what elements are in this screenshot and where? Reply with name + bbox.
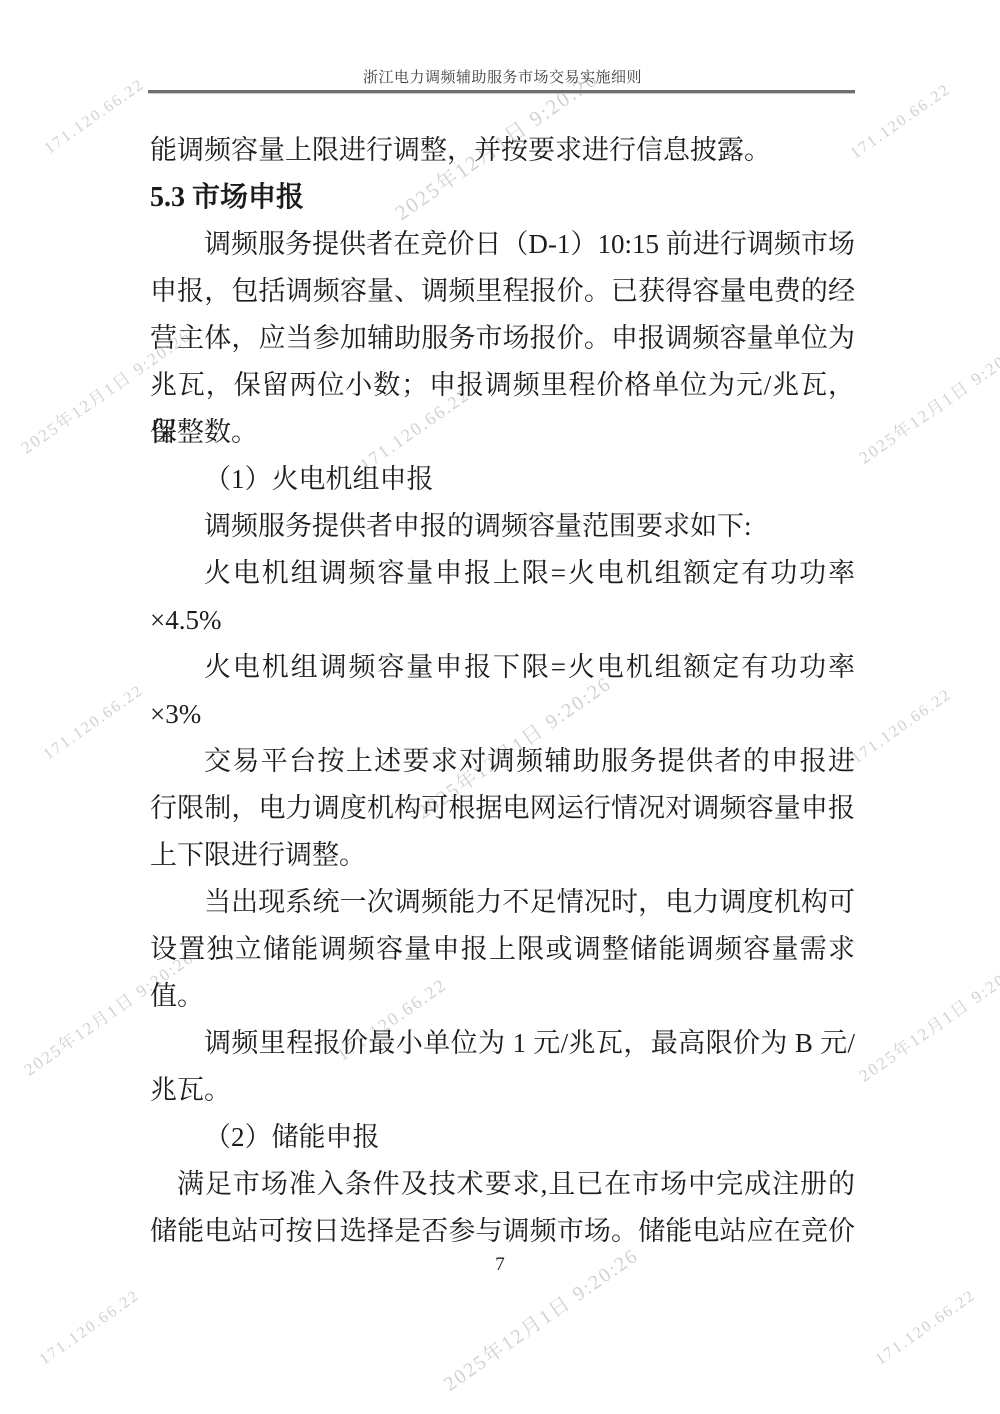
text-line: 留整数。 [150, 409, 855, 456]
text-line: 兆瓦。 [150, 1067, 855, 1114]
text-line: ×4.5% [150, 597, 855, 644]
text-line: 当出现系统一次调频能力不足情况时，电力调度机构可 [150, 879, 855, 926]
text-line: 火电机组调频容量申报上限=火电机组额定有功功率 [150, 550, 855, 597]
text-line: ×3% [150, 691, 855, 738]
text-line: 调频服务提供者在竞价日（D-1）10:15 前进行调频市场 [150, 221, 855, 268]
text-line: 设置独立储能调频容量申报上限或调整储能调频容量需求 [150, 926, 855, 973]
text-line: 储能电站可按日选择是否参与调频市场。储能电站应在竞价 [150, 1208, 855, 1255]
text-line: 调频里程报价最小单位为 1 元/兆瓦，最高限价为 B 元/ [150, 1020, 855, 1067]
text-line: 申报，包括调频容量、调频里程报价。已获得容量电费的经 [150, 268, 855, 315]
text-line: 交易平台按上述要求对调频辅助服务提供者的申报进 [150, 738, 855, 785]
watermark-ip-address: 171.120.66.22 [37, 1287, 144, 1369]
watermark-ip-address: 171.120.66.22 [849, 686, 956, 768]
watermark-ip-address: 171.120.66.22 [42, 76, 149, 158]
text-line: 火电机组调频容量申报下限=火电机组额定有功功率 [150, 644, 855, 691]
text-line: （1）火电机组申报 [150, 456, 855, 503]
document-body: 能调频容量上限进行调整，并按要求进行信息披露。5.3 市场申报调频服务提供者在竞… [150, 127, 855, 1255]
header-divider [148, 90, 855, 93]
text-line: 上下限进行调整。 [150, 832, 855, 879]
text-line: 兆瓦，保留两位小数；申报调频里程价格单位为元/兆瓦，保 [150, 362, 855, 409]
text-line: 值。 [150, 973, 855, 1020]
watermark-ip-address: 171.120.66.22 [873, 1287, 980, 1369]
watermark-ip-address: 171.120.66.22 [848, 81, 955, 163]
text-line: 调频服务提供者申报的调频容量范围要求如下: [150, 503, 855, 550]
watermark-timestamp: 2025年12月1日 9:20:26 [853, 332, 1000, 469]
section-heading: 5.3 市场申报 [150, 174, 855, 221]
text-line: 行限制，电力调度机构可根据电网运行情况对调频容量申报 [150, 785, 855, 832]
document-page: 171.120.66.222025年12月1日 9:20:26171.120.6… [0, 0, 1000, 1414]
text-line: 能调频容量上限进行调整，并按要求进行信息披露。 [150, 127, 855, 174]
watermark-ip-address: 171.120.66.22 [41, 682, 148, 764]
text-line: （2）储能申报 [150, 1114, 855, 1161]
text-line: 营主体，应当参加辅助服务市场报价。申报调频容量单位为 [150, 315, 855, 362]
page-number: 7 [0, 1254, 1000, 1276]
text-line: 满足市场准入条件及技术要求,且已在市场中完成注册的 [150, 1161, 855, 1208]
watermark-timestamp: 2025年12月1日 9:20:26 [853, 950, 1000, 1087]
page-header-title: 浙江电力调频辅助服务市场交易实施细则 [150, 66, 855, 87]
